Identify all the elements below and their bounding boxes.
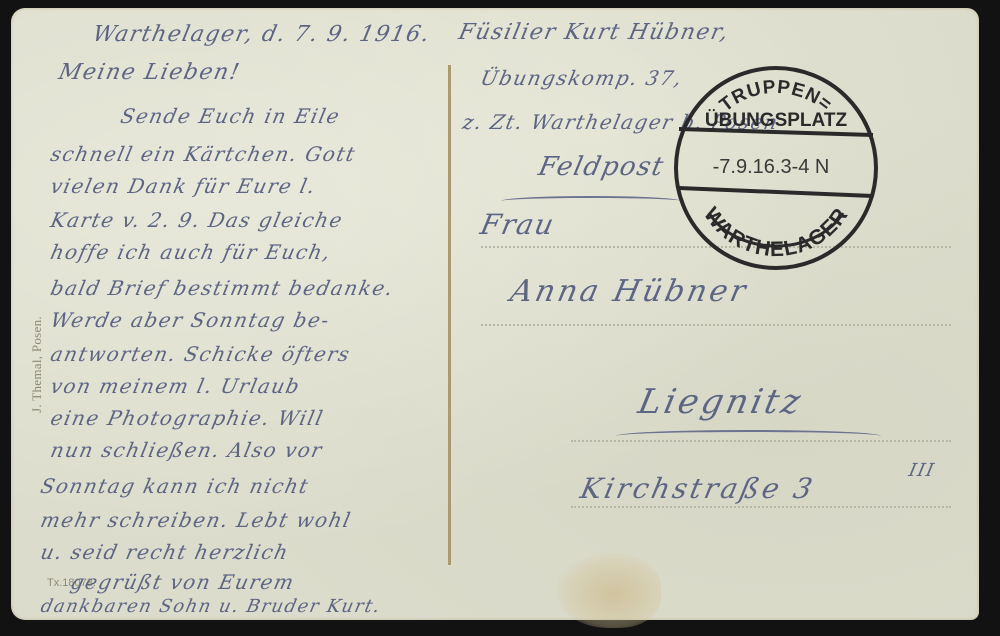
- recipient-city: Liegnitz: [635, 382, 807, 422]
- message-line: bald Brief bestimmt bedanke.: [48, 276, 396, 300]
- center-divider-line: [448, 65, 451, 565]
- message-line: Sonntag kann ich nicht: [38, 474, 311, 498]
- postcard-back: J. Themal, Posen. Tx.18073. Warthelager,…: [11, 8, 979, 620]
- paper-stain: [556, 553, 661, 628]
- message-line: vielen Dank für Eure l.: [48, 174, 318, 198]
- sender-line: Übungskomp. 37,: [478, 66, 685, 90]
- postmark-circle-icon: TRUPPEN= ÜBUNGSPLATZ -7.9.16.3-4 N WARTH…: [671, 63, 881, 273]
- message-line: antworten. Schicke öfters: [48, 342, 352, 366]
- message-line: eine Photographie. Will: [48, 406, 326, 430]
- city-underline: [616, 430, 881, 442]
- message-line: u. seid recht herzlich: [38, 540, 291, 564]
- message-line: mehr schreiben. Lebt wohl: [38, 508, 353, 532]
- message-line: hoffe ich auch für Euch,: [48, 240, 333, 264]
- message-date-line: Warthelager, d. 7. 9. 1916.: [90, 22, 433, 47]
- address-dotted-line-2: [481, 324, 951, 326]
- feldpost-underline: [501, 196, 681, 206]
- sender-feldpost: Feldpost: [536, 152, 667, 182]
- sender-line: Füsilier Kurt Hübner,: [456, 20, 731, 45]
- message-line: Werde aber Sonntag be-: [48, 308, 332, 332]
- message-line: gegrüßt von Eurem: [68, 570, 297, 594]
- recipient-title: Frau: [477, 208, 558, 241]
- address-dotted-line-4: [571, 506, 951, 508]
- message-signature-line: dankbaren Sohn u. Bruder Kurt.: [39, 596, 383, 617]
- message-line: Sende Euch in Eile: [118, 104, 342, 128]
- message-line: nun schließen. Also vor: [48, 438, 325, 462]
- message-line: Karte v. 2. 9. Das gleiche: [48, 208, 345, 232]
- message-line: schnell ein Kärtchen. Gott: [48, 142, 358, 166]
- message-line: von meinem l. Urlaub: [48, 374, 302, 398]
- recipient-floor: III: [907, 460, 937, 481]
- message-greeting: Meine Lieben!: [56, 60, 242, 85]
- svg-text:-7.9.16.3-4 N: -7.9.16.3-4 N: [713, 156, 830, 178]
- recipient-name: Anna Hübner: [507, 274, 751, 309]
- recipient-street: Kirchstraße 3: [577, 472, 818, 505]
- svg-text:ÜBUNGSPLATZ: ÜBUNGSPLATZ: [705, 110, 848, 131]
- postmark-stamp: TRUPPEN= ÜBUNGSPLATZ -7.9.16.3-4 N WARTH…: [671, 63, 881, 273]
